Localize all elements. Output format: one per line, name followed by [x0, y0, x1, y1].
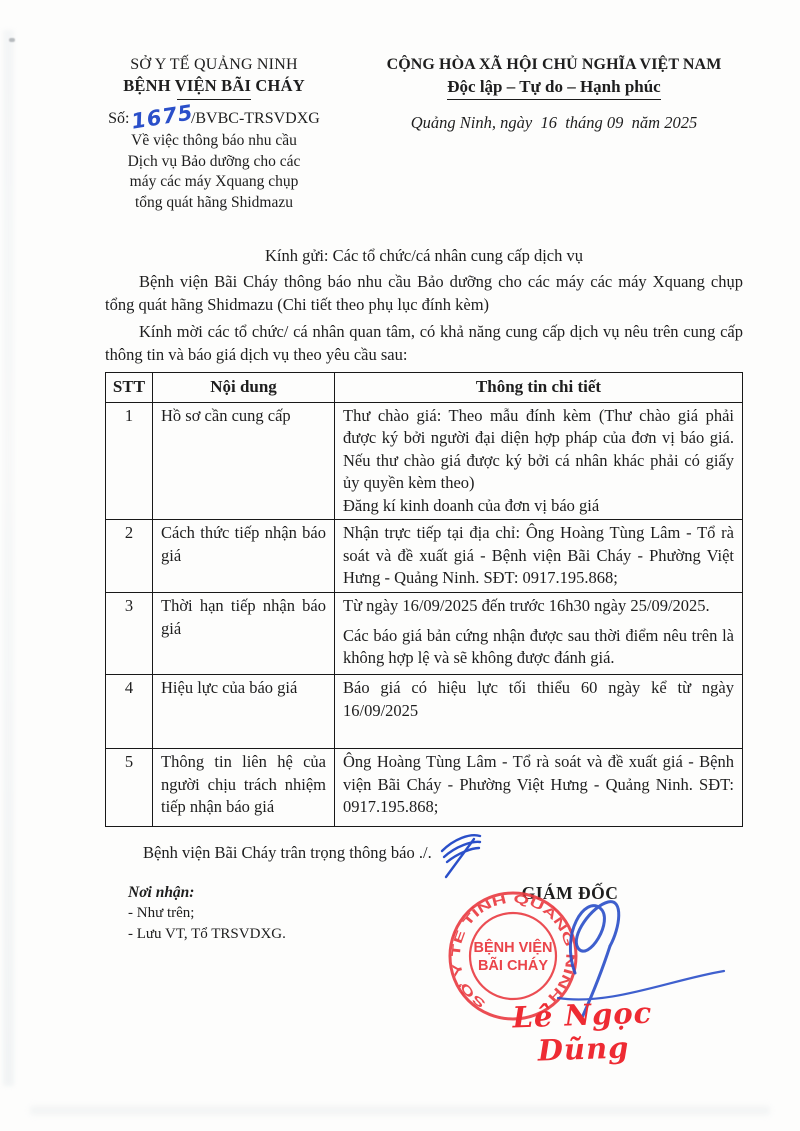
table-row: 1 Hồ sơ cần cung cấp Thư chào giá: Theo …	[106, 402, 743, 520]
national-motto: Độc lập – Tự do – Hạnh phúc	[447, 77, 660, 100]
col-header-noidung: Nội dung	[153, 373, 335, 403]
handwritten-number: 1675	[130, 100, 195, 133]
row-noidung: Thông tin liên hệ của người chịu trách n…	[153, 749, 335, 827]
detail-paragraph: Các báo giá bản cứng nhận được sau thời …	[343, 625, 734, 670]
scanned-document: SỞ Y TẾ QUẢNG NINH BỆNH VIỆN BÃI CHÁY Số…	[0, 0, 800, 1131]
detail-paragraph: Thư chào giá: Theo mẫu đính kèm (Thư chà…	[343, 405, 734, 495]
row-noidung: Hiệu lực của báo giá	[153, 675, 335, 749]
scan-bottom-artifact	[30, 1106, 770, 1115]
recipient-item: - Lưu VT, Tổ TRSVDXG.	[128, 924, 286, 945]
national-header-block: CỘNG HÒA XÃ HỘI CHỦ NGHĨA VIỆT NAM Độc l…	[365, 56, 743, 213]
row-chitiet: Ông Hoàng Tùng Lâm - Tổ rà soát và đề xu…	[335, 749, 743, 827]
row-stt: 4	[106, 675, 153, 749]
detail-paragraph: Từ ngày 16/09/2025 đến trước 16h30 ngày …	[343, 595, 734, 618]
paragraph-notice: Bệnh viện Bãi Cháy thông báo nhu cầu Bảo…	[105, 270, 743, 316]
document-number-line: Số:1675/BVBC-TRSVDXG	[105, 104, 323, 128]
scan-edge-artifact	[3, 30, 14, 1086]
place-date-line: Quảng Ninh, ngày 16 tháng 09 năm 2025	[365, 113, 743, 133]
subject-line: tổng quát hãng Shidmazu	[105, 193, 323, 214]
recipients-title: Nơi nhận:	[128, 882, 286, 903]
table-row: 3 Thời hạn tiếp nhận báo giá Từ ngày 16/…	[106, 593, 743, 675]
number-suffix: /BVBC-TRSVDXG	[191, 110, 320, 127]
parent-org-name: SỞ Y TẾ QUẢNG NINH	[105, 56, 323, 74]
table-row: 4 Hiệu lực của báo giá Báo giá có hiệu l…	[106, 675, 743, 749]
row-noidung: Thời hạn tiếp nhận báo giá	[153, 593, 335, 675]
detail-paragraph: Nhận trực tiếp tại địa chỉ: Ông Hoàng Tù…	[343, 522, 734, 590]
col-header-stt: STT	[106, 373, 153, 403]
subject-line: Về việc thông báo nhu cầu	[105, 131, 323, 152]
col-header-chitiet: Thông tin chi tiết	[335, 373, 743, 403]
handwritten-paraph	[434, 829, 486, 886]
document-subject: Về việc thông báo nhu cầu Dịch vụ Bảo dư…	[105, 131, 323, 213]
row-stt: 2	[106, 520, 153, 593]
detail-paragraph: Đăng kí kinh doanh của đơn vị báo giá	[343, 495, 734, 518]
hospital-name: BỆNH VIỆN BÃI CHÁY	[105, 76, 323, 96]
row-stt: 5	[106, 749, 153, 827]
row-chitiet: Thư chào giá: Theo mẫu đính kèm (Thư chà…	[335, 402, 743, 520]
subject-line: Dịch vụ Bảo dưỡng cho các	[105, 152, 323, 173]
issuing-org-block: SỞ Y TẾ QUẢNG NINH BỆNH VIỆN BÃI CHÁY Số…	[105, 56, 323, 213]
scan-speck	[9, 38, 15, 42]
row-stt: 3	[106, 593, 153, 675]
row-chitiet: Nhận trực tiếp tại địa chỉ: Ông Hoàng Tù…	[335, 520, 743, 593]
stamp-center-line2: BÃI CHÁY	[478, 956, 548, 974]
row-noidung: Cách thức tiếp nhận báo giá	[153, 520, 335, 593]
table-row: 5 Thông tin liên hệ của người chịu trách…	[106, 749, 743, 827]
signer-name: Lê Ngọc Dũng	[477, 994, 689, 1069]
national-title: CỘNG HÒA XÃ HỘI CHỦ NGHĨA VIỆT NAM	[365, 56, 743, 74]
closing-line: Bệnh viện Bãi Cháy trân trọng thông báo …	[143, 843, 743, 863]
quotation-requirements-table: STT Nội dung Thông tin chi tiết 1 Hồ sơ …	[105, 372, 743, 827]
detail-paragraph: Báo giá có hiệu lực tối thiểu 60 ngày kể…	[343, 677, 734, 722]
detail-paragraph: Ông Hoàng Tùng Lâm - Tổ rà soát và đề xu…	[343, 751, 734, 819]
closing-text: Bệnh viện Bãi Cháy trân trọng thông báo …	[143, 843, 432, 862]
document-header: SỞ Y TẾ QUẢNG NINH BỆNH VIỆN BÃI CHÁY Số…	[105, 56, 743, 213]
row-noidung: Hồ sơ cần cung cấp	[153, 402, 335, 520]
row-stt: 1	[106, 402, 153, 520]
table-header-row: STT Nội dung Thông tin chi tiết	[106, 373, 743, 403]
recipients-block: Nơi nhận: - Như trên; - Lưu VT, Tổ TRSVD…	[128, 882, 286, 945]
salutation: Kính gửi: Các tổ chức/cá nhân cung cấp d…	[105, 246, 743, 266]
row-chitiet: Báo giá có hiệu lực tối thiểu 60 ngày kể…	[335, 675, 743, 749]
recipient-item: - Như trên;	[128, 903, 286, 924]
number-prefix: Số:	[108, 110, 129, 127]
row-chitiet: Từ ngày 16/09/2025 đến trước 16h30 ngày …	[335, 593, 743, 675]
subject-line: máy các máy Xquang chụp	[105, 172, 323, 193]
paragraph-invitation: Kính mời các tổ chức/ cá nhân quan tâm, …	[105, 320, 743, 366]
table-row: 2 Cách thức tiếp nhận báo giá Nhận trực …	[106, 520, 743, 593]
